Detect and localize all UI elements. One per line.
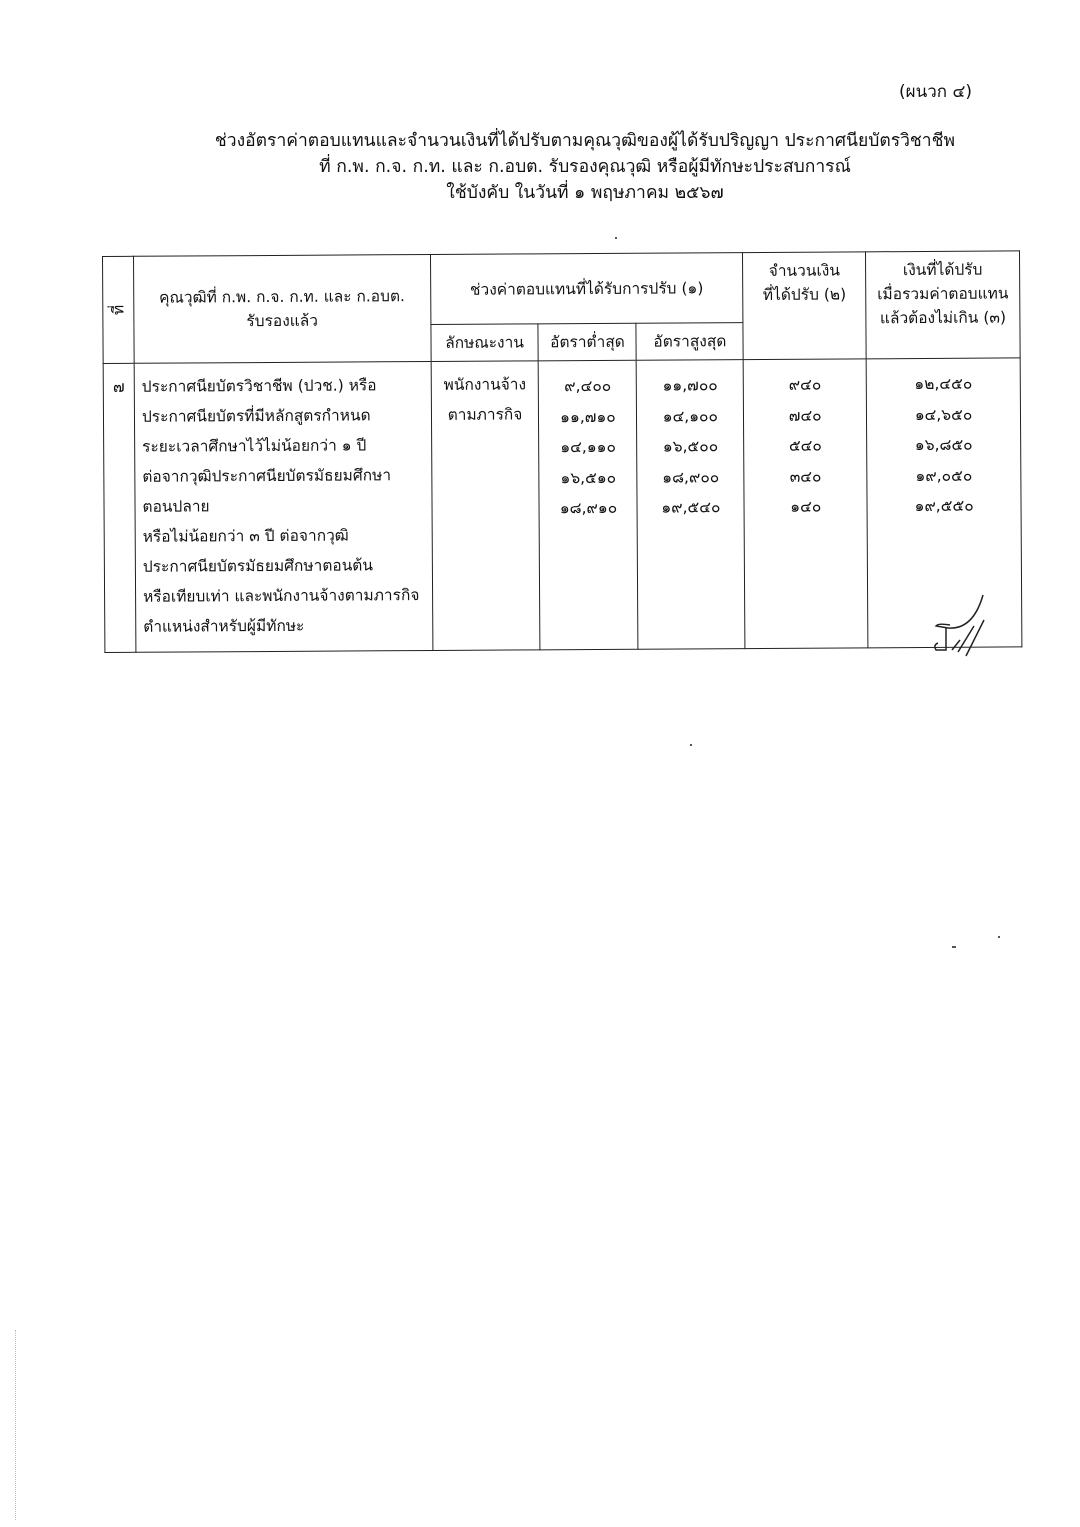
total-value: ๑๙,๐๕๐ [867,460,1020,491]
qualification-line: ประกาศนียบัตรที่มีหลักสูตรกำหนด [142,400,425,432]
table-row: ๗ ประกาศนียบัตรวิชาชีพ (ปวช.) หรือประกาศ… [103,358,1022,653]
title-line-2: ที่ ก.พ. ก.จ. ก.ท. และ ก.อบต. รับรองคุณว… [150,154,1020,180]
qualification-line: หรือไม่น้อยกว่า ๓ ปี ต่อจากวุฒิ [143,520,426,552]
min-rate-value: ๑๘,๙๑๐ [540,493,637,524]
total-value: ๑๔,๖๕๐ [867,399,1020,430]
min-rate-value: ๑๔,๑๑๐ [540,432,637,463]
row-qualification: ประกาศนียบัตรวิชาชีพ (ปวช.) หรือประกาศนี… [134,361,432,652]
row-max-rates: ๑๑,๗๐๐๑๔,๑๐๐๑๖,๕๐๐๑๘,๙๐๐๑๙,๕๔๐ [637,360,746,650]
min-rate-value: ๑๑,๗๑๐ [539,401,636,432]
amount-value: ๗๔๐ [744,400,866,431]
qualification-line: ประกาศนียบัตรมัธยมศึกษาตอนต้น [143,550,426,582]
min-rate-value: ๙,๔๐๐ [539,371,636,402]
total-value: ๑๙,๕๕๐ [868,490,1021,521]
job-type-line: พนักงานจ้าง [431,369,538,400]
scan-speck [690,744,692,746]
title-line-1: ช่วงอัตราค่าตอบแทนและจำนวนเงินที่ได้ปรับ… [150,128,1020,154]
compensation-table: ที่ คุณวุฒิที่ ก.พ. ก.จ. ก.ท. และ ก.อบต.… [102,250,1022,653]
qualification-line: ระยะเวลาศึกษาไว้ไม่น้อยกว่า ๑ ปี [142,430,425,462]
amount-value: ๕๔๐ [744,430,866,461]
amount-value: ๙๔๐ [744,369,866,400]
header-amount: จำนวนเงิน ที่ได้ปรับ (๒) [743,252,866,360]
signature-icon [928,590,1018,665]
header-total: เงินที่ได้ปรับ เมื่อรวมค่าตอบแทน แล้วต้อ… [866,251,1021,359]
header-max-rate: อัตราสูงสุด [636,323,743,361]
header-qualification: คุณวุฒิที่ ก.พ. ก.จ. ก.ท. และ ก.อบต. รับ… [133,254,430,363]
row-amounts: ๙๔๐๗๔๐๕๔๐๓๔๐๑๔๐ [743,359,868,649]
qualification-line: หรือเทียบเท่า และพนักงานจ้างตามภารกิจ [143,580,426,612]
total-value: ๑๖,๘๕๐ [867,429,1020,460]
row-job-type: พนักงานจ้างตามภารกิจ [431,361,541,651]
qualification-line: ตำแหน่งสำหรับผู้มีทักษะ [143,610,426,642]
amount-value: ๑๔๐ [745,491,867,522]
header-job-type: ลักษณะงาน [431,324,539,362]
max-rate-value: ๑๑,๗๐๐ [637,370,743,401]
max-rate-value: ๑๘,๙๐๐ [638,462,744,493]
job-type-line: ตามภารกิจ [431,399,538,430]
qualification-line: ประกาศนียบัตรวิชาชีพ (ปวช.) หรือ [142,370,425,402]
header-range-group: ช่วงค่าตอบแทนที่ได้รับการปรับ (๑) [430,253,743,325]
max-rate-value: ๑๙,๕๔๐ [638,492,744,523]
title-line-3: ใช้บังคับ ในวันที่ ๑ พฤษภาคม ๒๕๖๗ [150,180,1020,206]
amount-value: ๓๔๐ [745,461,867,492]
scan-speck [998,936,1000,938]
scan-speck [952,946,956,948]
max-rate-value: ๑๔,๑๐๐ [637,401,743,432]
qualification-line: ต่อจากวุฒิประกาศนียบัตรมัธยมศึกษา [142,460,425,492]
min-rate-value: ๑๖,๕๑๐ [540,462,637,493]
attachment-label: (ผนวก ๔) [899,78,972,105]
max-rate-value: ๑๖,๕๐๐ [637,431,743,462]
header-no: ที่ [103,256,135,363]
qualification-line: ตอนปลาย [142,490,425,522]
row-no: ๗ [103,363,136,652]
row-min-rates: ๙,๔๐๐๑๑,๗๑๐๑๔,๑๑๐๑๖,๕๑๐๑๘,๙๑๐ [539,360,639,650]
header-min-rate: อัตราต่ำสุด [538,323,636,361]
scan-edge [15,1330,17,1520]
total-value: ๑๒,๔๕๐ [867,368,1020,399]
scan-speck [615,237,617,239]
document-title: ช่วงอัตราค่าตอบแทนและจำนวนเงินที่ได้ปรับ… [150,128,1020,206]
